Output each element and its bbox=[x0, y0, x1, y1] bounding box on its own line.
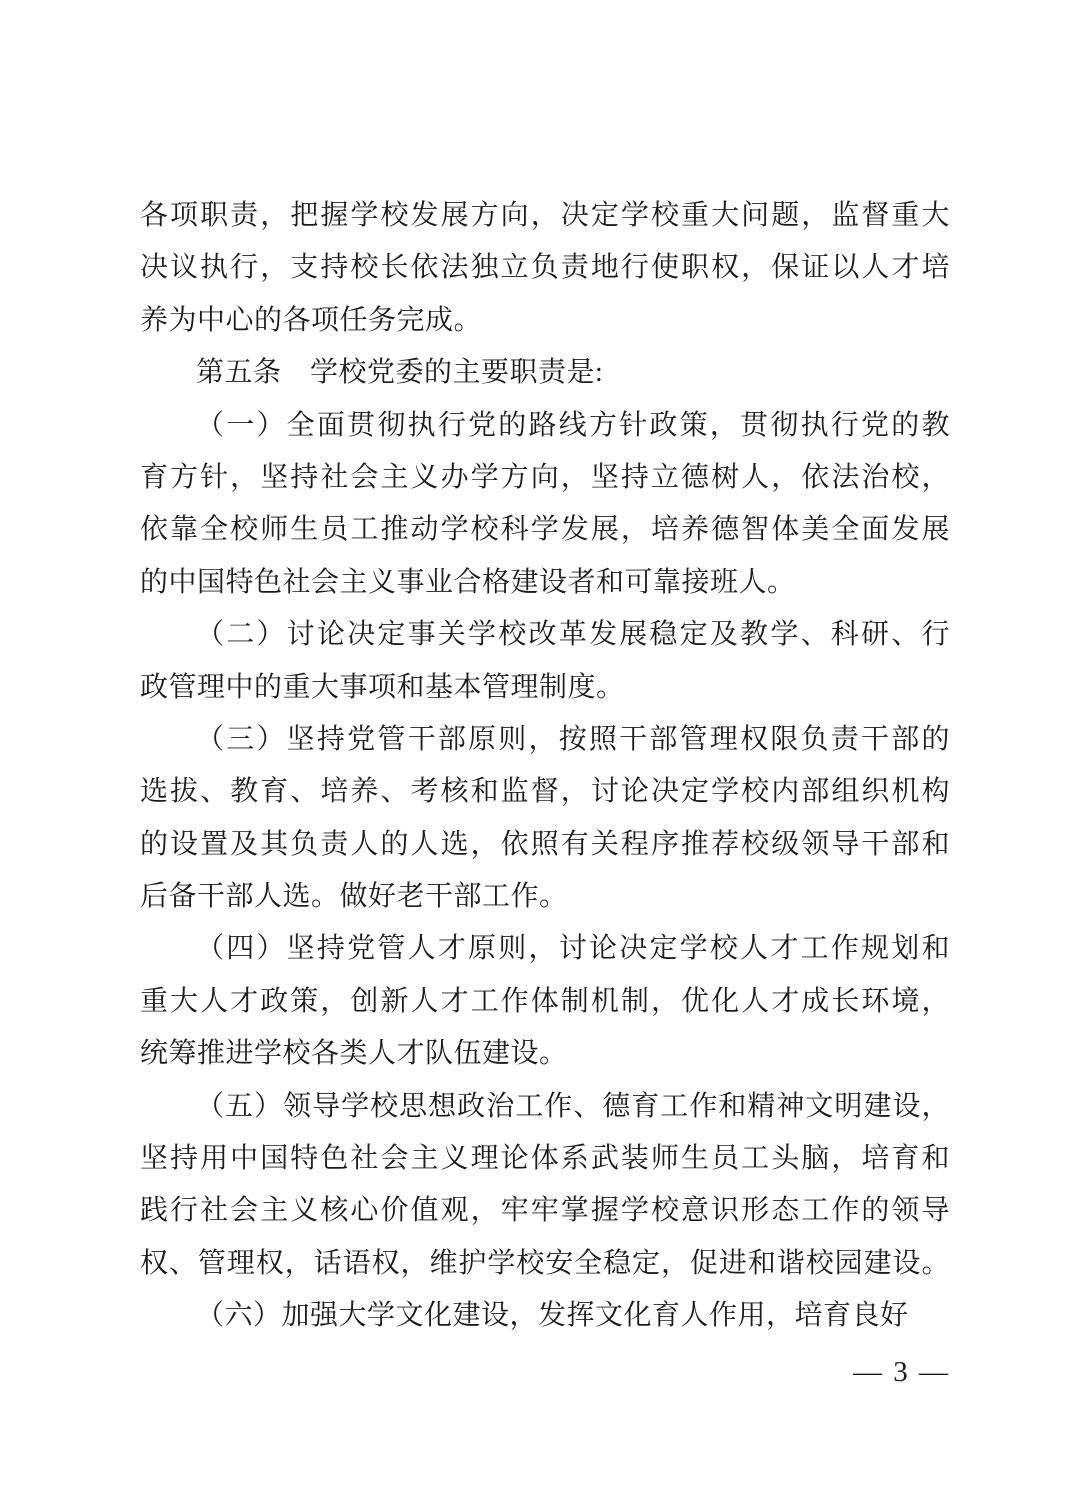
text-line: 依靠全校师生员工推动学校科学发展，培养德智体美全面发展 bbox=[140, 504, 950, 556]
page-number: — 3 — bbox=[853, 1352, 950, 1392]
text-line: 育方针，坚持社会主义办学方向，坚持立德树人，依法治校， bbox=[140, 452, 950, 504]
text-line: （二）讨论决定事关学校改革发展稳定及教学、科研、行 bbox=[140, 609, 950, 661]
text-line: 的设置及其负责人的人选，依照有关程序推荐校级领导干部和 bbox=[140, 819, 950, 871]
text-line: 决议执行，支持校长依法独立负责地行使职权，保证以人才培 bbox=[140, 242, 950, 294]
text-line: 政管理中的重大事项和基本管理制度。 bbox=[140, 662, 950, 714]
text-line: 后备干部人选。做好老干部工作。 bbox=[140, 871, 950, 923]
text-line: 重大人才政策，创新人才工作体制机制，优化人才成长环境， bbox=[140, 976, 950, 1028]
text-line: 的中国特色社会主义事业合格建设者和可靠接班人。 bbox=[140, 557, 950, 609]
text-line: （一）全面贯彻执行党的路线方针政策，贯彻执行党的教 bbox=[140, 400, 950, 452]
text-line: 各项职责，把握学校发展方向，决定学校重大问题，监督重大 bbox=[140, 190, 950, 242]
text-line: 统筹推进学校各类人才队伍建设。 bbox=[140, 1028, 950, 1080]
text-line: 权、管理权，话语权，维护学校安全稳定，促进和谐校园建设。 bbox=[140, 1238, 950, 1290]
text-line: 养为中心的各项任务完成。 bbox=[140, 295, 950, 347]
text-line: （四）坚持党管人才原则，讨论决定学校人才工作规划和 bbox=[140, 923, 950, 975]
text-line: （六）加强大学文化建设，发挥文化育人作用，培育良好 bbox=[140, 1290, 950, 1342]
article-heading-line: 第五条 学校党委的主要职责是: bbox=[140, 347, 950, 399]
text-line: （五）领导学校思想政治工作、德育工作和精神文明建设， bbox=[140, 1081, 950, 1133]
text-line: 坚持用中国特色社会主义理论体系武装师生员工头脑，培育和 bbox=[140, 1133, 950, 1185]
text-line: （三）坚持党管干部原则，按照干部管理权限负责干部的 bbox=[140, 714, 950, 766]
document-body: 各项职责，把握学校发展方向，决定学校重大问题，监督重大 决议执行，支持校长依法独… bbox=[140, 190, 950, 1343]
document-page: 各项职责，把握学校发展方向，决定学校重大问题，监督重大 决议执行，支持校长依法独… bbox=[0, 0, 1090, 1485]
text-line: 践行社会主义核心价值观，牢牢掌握学校意识形态工作的领导 bbox=[140, 1185, 950, 1237]
text-line: 选拔、教育、培养、考核和监督，讨论决定学校内部组织机构 bbox=[140, 766, 950, 818]
